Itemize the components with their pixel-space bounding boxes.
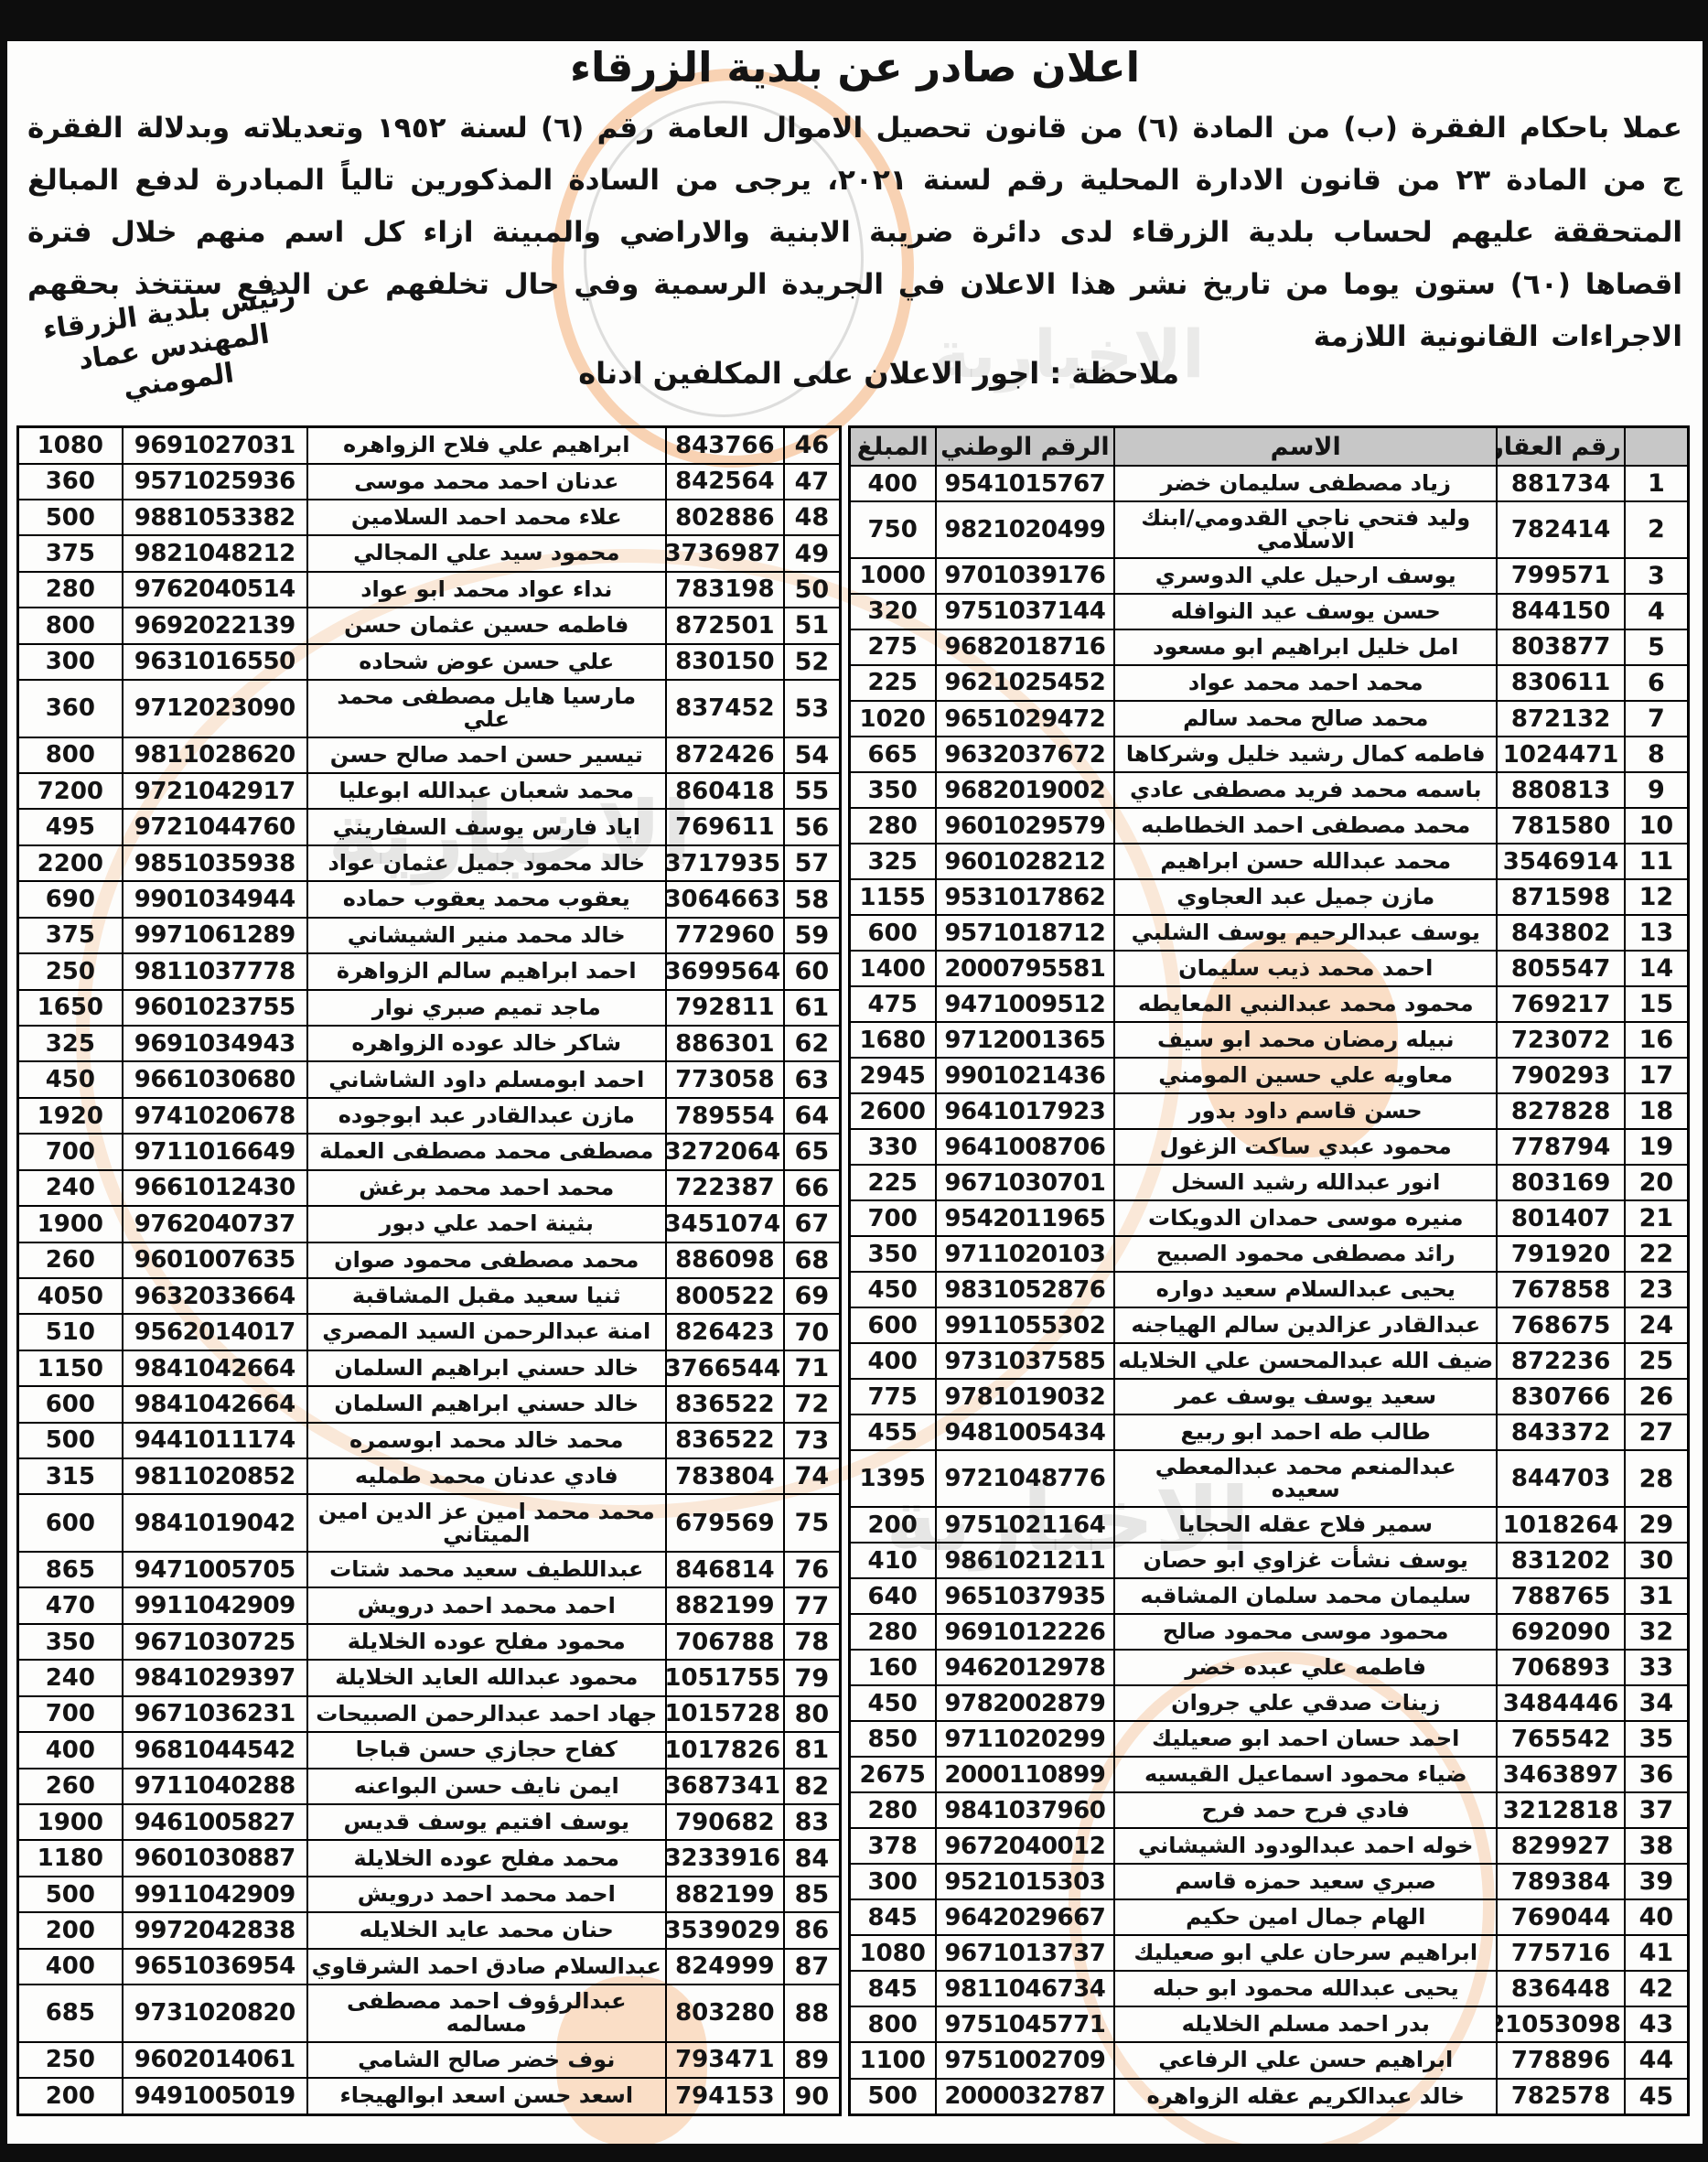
cell-national-number: 9782002879 <box>936 1685 1114 1721</box>
cell-amount: 600 <box>18 1494 123 1552</box>
header-national-number: الرقم الوطني <box>936 427 1114 467</box>
cell-name: نبيله رمضان محمد ابو سيف <box>1114 1022 1497 1058</box>
cell-name: يوسف نشأت غزاوي ابو حصان <box>1114 1543 1497 1578</box>
cell-amount: 1080 <box>18 427 123 464</box>
cell-name: محمد احمد محمد عواد <box>1114 665 1497 701</box>
cell-name: عدنان احمد محمد موسى <box>307 464 666 500</box>
cell-national-number: 9731037585 <box>936 1343 1114 1379</box>
cell-row-number: 2 <box>1625 501 1689 558</box>
cell-amount: 325 <box>18 1026 123 1061</box>
cell-amount: 455 <box>849 1414 936 1450</box>
cell-amount: 400 <box>849 466 936 501</box>
table-row: 46843766ابراهيم علي فلاح الزواهره9691027… <box>18 427 841 464</box>
cell-national-number: 9651036954 <box>123 1949 307 1985</box>
table-row: 843233916محمد مفلح عوده الخلايلة96010308… <box>18 1840 841 1876</box>
cell-name: محمد محمد امين عز الدين امين الميتاني <box>307 1494 666 1552</box>
cell-national-number: 9651037935 <box>936 1578 1114 1614</box>
cell-property-number: 21053098 <box>1497 2006 1624 2042</box>
cell-property-number: 775716 <box>1497 1935 1624 1971</box>
cell-row-number: 18 <box>1625 1093 1689 1129</box>
cell-name: يحيى عبدالسلام سعيد دواره <box>1114 1272 1497 1307</box>
cell-row-number: 28 <box>1625 1450 1689 1507</box>
cell-amount: 470 <box>18 1587 123 1623</box>
cell-property-number: 3766544 <box>666 1350 784 1386</box>
cell-national-number: 9661030680 <box>123 1061 307 1097</box>
cell-amount: 250 <box>18 953 123 989</box>
table-row: 68886098محمد مصطفى محمود صوان96010076352… <box>18 1242 841 1278</box>
table-row: 28844703عبدالمنعم محمد عبدالمعطي سعيده97… <box>849 1450 1688 1507</box>
cell-property-number: 844703 <box>1497 1450 1624 1507</box>
header-name: الاسم <box>1114 427 1497 467</box>
cell-national-number: 9651029472 <box>936 701 1114 737</box>
cell-amount: 200 <box>18 1912 123 1948</box>
cell-name: محمد صالح محمد سالم <box>1114 701 1497 737</box>
cell-national-number: 9911042909 <box>123 1877 307 1912</box>
table-row: 291018264سمير فلاح عقله الحجايا975102116… <box>849 1507 1688 1543</box>
cell-property-number: 3717935 <box>666 845 784 881</box>
cell-name: يحيى عبدالله محمود ابو حبله <box>1114 1971 1497 2006</box>
cell-national-number: 9691027031 <box>123 427 307 464</box>
cell-row-number: 78 <box>784 1624 840 1660</box>
cell-row-number: 85 <box>784 1877 840 1912</box>
cell-row-number: 19 <box>1625 1129 1689 1165</box>
cell-row-number: 80 <box>784 1696 840 1732</box>
cell-row-number: 65 <box>784 1134 840 1169</box>
cell-national-number: 9701039176 <box>936 558 1114 594</box>
cell-amount: 375 <box>18 918 123 953</box>
cell-amount: 450 <box>18 1061 123 1097</box>
cell-property-number: 723072 <box>1497 1022 1624 1058</box>
cell-name: اياد فارس يوسف السفاريني <box>307 809 666 844</box>
cell-amount: 600 <box>849 915 936 951</box>
cell-property-number: 794153 <box>666 2078 784 2114</box>
cell-national-number: 9721044760 <box>123 809 307 844</box>
cell-row-number: 60 <box>784 953 840 989</box>
cell-row-number: 5 <box>1625 629 1689 665</box>
cell-amount: 1080 <box>849 1935 936 1971</box>
table-row: 64789554مازن عبدالقادر عبد ابوجوده974102… <box>18 1098 841 1134</box>
cell-name: ماجد تميم صبري نوار <box>307 990 666 1026</box>
header-amount: المبلغ <box>849 427 936 467</box>
cell-property-number: 790682 <box>666 1804 784 1840</box>
cell-property-number: 3272064 <box>666 1134 784 1169</box>
cell-name: ابراهيم سرحان علي ابو صعيليك <box>1114 1935 1497 1971</box>
cell-amount: 1900 <box>18 1206 123 1242</box>
cell-row-number: 41 <box>1625 1935 1689 1971</box>
cell-name: علي حسن عوض شحاده <box>307 644 666 680</box>
cell-row-number: 6 <box>1625 665 1689 701</box>
cell-national-number: 9601028212 <box>936 844 1114 879</box>
cell-row-number: 34 <box>1625 1685 1689 1721</box>
cell-name: صبري سعيد حمزه قاسم <box>1114 1864 1497 1899</box>
cell-national-number: 9471005705 <box>123 1552 307 1587</box>
cell-row-number: 15 <box>1625 986 1689 1022</box>
table-row: 4321053098بدر احمد مسلم الخلايله97510457… <box>849 2006 1688 2042</box>
table-row: 26830766سعيد يوسف يوسف عمر9781019032775 <box>849 1379 1688 1414</box>
table-row: 19778794محمود عبدي ساكت الزغول9641008706… <box>849 1129 1688 1165</box>
cell-amount: 2600 <box>849 1093 936 1129</box>
table-row: 18827828حسن قاسم داود بدور96410179232600 <box>849 1093 1688 1129</box>
table-row: 7872132محمد صالح محمد سالم96510294721020 <box>849 701 1688 737</box>
cell-property-number: 793471 <box>666 2042 784 2078</box>
cell-property-number: 830150 <box>666 644 784 680</box>
cell-national-number: 9462012978 <box>936 1650 1114 1685</box>
cell-property-number: 826423 <box>666 1314 784 1350</box>
cell-name: انور عبدالله رشيد السخل <box>1114 1165 1497 1200</box>
cell-name: محمود مفلح عوده الخلايلة <box>307 1624 666 1660</box>
cell-property-number: 843766 <box>666 427 784 464</box>
cell-row-number: 47 <box>784 464 840 500</box>
cell-row-number: 64 <box>784 1098 840 1134</box>
cell-row-number: 42 <box>1625 1971 1689 2006</box>
cell-property-number: 872426 <box>666 737 784 773</box>
cell-national-number: 9841029397 <box>123 1660 307 1695</box>
cell-amount: 2675 <box>849 1757 936 1792</box>
cell-row-number: 87 <box>784 1949 840 1985</box>
cell-national-number: 9441011174 <box>123 1423 307 1458</box>
cell-name: شاكر خالد عوده الزواهره <box>307 1026 666 1061</box>
cell-row-number: 10 <box>1625 808 1689 844</box>
cell-row-number: 70 <box>784 1314 840 1350</box>
cell-property-number: 783804 <box>666 1458 784 1494</box>
cell-row-number: 9 <box>1625 772 1689 808</box>
cell-property-number: 788765 <box>1497 1578 1624 1614</box>
cell-national-number: 9751002709 <box>936 2042 1114 2078</box>
cell-property-number: 3546914 <box>1497 844 1624 879</box>
cell-row-number: 69 <box>784 1278 840 1314</box>
cell-row-number: 33 <box>1625 1650 1689 1685</box>
cell-amount: 260 <box>18 1769 123 1804</box>
cell-national-number: 9682018716 <box>936 629 1114 665</box>
cell-national-number: 9781019032 <box>936 1379 1114 1414</box>
cell-property-number: 768675 <box>1497 1307 1624 1343</box>
cell-national-number: 9811037778 <box>123 953 307 989</box>
cell-property-number: 3687341 <box>666 1769 784 1804</box>
cell-name: علاء محمد احمد السلامين <box>307 500 666 535</box>
cell-national-number: 9641017923 <box>936 1093 1114 1129</box>
cell-name: محمد شعبان عبدالله ابوعليا <box>307 773 666 809</box>
cell-row-number: 22 <box>1625 1236 1689 1272</box>
cell-national-number: 9711040288 <box>123 1769 307 1804</box>
cell-property-number: 3233916 <box>666 1840 784 1876</box>
cell-national-number: 2000110899 <box>936 1757 1114 1792</box>
cell-national-number: 9711020299 <box>936 1721 1114 1757</box>
cell-amount: 1920 <box>18 1098 123 1134</box>
cell-amount: 200 <box>849 1507 936 1543</box>
cell-row-number: 52 <box>784 644 840 680</box>
page-title: اعلان صادر عن بلدية الزرقاء <box>7 43 1703 91</box>
table-row: 17790293معاويه علي حسين المومني990102143… <box>849 1058 1688 1093</box>
cell-property-number: 872501 <box>666 608 784 643</box>
cell-national-number: 9901034944 <box>123 881 307 917</box>
cell-amount: 280 <box>849 1614 936 1650</box>
table-row: 9880813باسمه محمد فريد مصطفى عادي9682019… <box>849 772 1688 808</box>
cell-amount: 1900 <box>18 1804 123 1840</box>
table-row: 25872236ضيف الله عبدالمحسن علي الخلايله9… <box>849 1343 1688 1379</box>
cell-name: عبدالمنعم محمد عبدالمعطي سعيده <box>1114 1450 1497 1507</box>
table-row: 40769044الهام جمال امين حكيم964202966784… <box>849 1899 1688 1935</box>
cell-name: زياد مصطفى سليمان خضر <box>1114 466 1497 501</box>
cell-amount: 500 <box>18 1877 123 1912</box>
cell-row-number: 23 <box>1625 1272 1689 1307</box>
cell-property-number: 803877 <box>1497 629 1624 665</box>
cell-national-number: 9741020678 <box>123 1098 307 1134</box>
cell-name: امنة عبدالرحمن السيد المصري <box>307 1314 666 1350</box>
note-line: ملاحظة : اجور الاعلان على المكلفين ادناه <box>578 356 1179 391</box>
cell-property-number: 782414 <box>1497 501 1624 558</box>
cell-amount: 495 <box>18 809 123 844</box>
table-row: 73836522محمد خالد محمد ابوسمره9441011174… <box>18 1423 841 1458</box>
cell-amount: 1400 <box>849 951 936 986</box>
table-row: 76846814عبداللطيف سعيد محمد شتات94710057… <box>18 1552 841 1587</box>
cell-name: محمد خالد محمد ابوسمره <box>307 1423 666 1458</box>
cell-national-number: 9711020103 <box>936 1236 1114 1272</box>
cell-property-number: 767858 <box>1497 1272 1624 1307</box>
cell-row-number: 59 <box>784 918 840 953</box>
cell-national-number: 9972042838 <box>123 1912 307 1948</box>
cell-property-number: 769611 <box>666 809 784 844</box>
cell-national-number: 9571018712 <box>936 915 1114 951</box>
cell-property-number: 830766 <box>1497 1379 1624 1414</box>
cell-property-number: 886301 <box>666 1026 784 1061</box>
cell-name: محمد احمد محمد برغش <box>307 1170 666 1206</box>
table-row: 7921051755محمود عبدالله العايد الخلايلة9… <box>18 1660 841 1695</box>
cell-property-number: 706788 <box>666 1624 784 1660</box>
cell-amount: 350 <box>18 1624 123 1660</box>
table-row: 14805547احمد محمد ذيب سليمان200079558114… <box>849 951 1688 986</box>
cell-name: بدر احمد مسلم الخلايله <box>1114 2006 1497 2042</box>
cell-amount: 450 <box>849 1685 936 1721</box>
cell-row-number: 45 <box>1625 2079 1689 2115</box>
cell-national-number: 9481005434 <box>936 1414 1114 1450</box>
cell-national-number: 9811046734 <box>936 1971 1114 2006</box>
table-row: 48802886علاء محمد احمد السلامين988105338… <box>18 500 841 535</box>
table-row: 42836448يحيى عبدالله محمود ابو حبله98110… <box>849 1971 1688 2006</box>
table-row: 823687341ايمن نايف حسن البواعنه971104028… <box>18 1769 841 1804</box>
cell-property-number: 886098 <box>666 1242 784 1278</box>
cell-property-number: 781580 <box>1497 808 1624 844</box>
cell-national-number: 9601029579 <box>936 808 1114 844</box>
cell-name: احمد حسان احمد ابو صعيليك <box>1114 1721 1497 1757</box>
cell-row-number: 32 <box>1625 1614 1689 1650</box>
cell-name: فادي عدنان محمد طمليه <box>307 1458 666 1494</box>
header-row-number <box>1625 427 1689 467</box>
cell-name: عبدالقادر عزالدين سالم الهياجنه <box>1114 1307 1497 1343</box>
cell-national-number: 9821048212 <box>123 535 307 571</box>
cell-row-number: 89 <box>784 2042 840 2078</box>
table-row: 87824999عبدالسلام صادق احمد الشرقاوي9651… <box>18 1949 841 1985</box>
cell-national-number: 9632037672 <box>936 737 1114 772</box>
table-row: 45782578خالد عبدالكريم عقله الزواهره2000… <box>849 2079 1688 2115</box>
table-row: 363463897ضياء محمود اسماعيل القيسيه20001… <box>849 1757 1688 1792</box>
cell-amount: 378 <box>849 1828 936 1864</box>
cell-amount: 500 <box>18 500 123 535</box>
cell-amount: 250 <box>18 2042 123 2078</box>
cell-national-number: 9661012430 <box>123 1170 307 1206</box>
cell-name: ضياء محمود اسماعيل القيسيه <box>1114 1757 1497 1792</box>
table-row: 24768675عبدالقادر عزالدين سالم الهياجنه9… <box>849 1307 1688 1343</box>
cell-property-number: 1015728 <box>666 1696 784 1732</box>
cell-name: اسعد حسن اسعد ابوالهيجاء <box>307 2078 666 2114</box>
cell-name: امل خليل ابراهيم ابو مسعود <box>1114 629 1497 665</box>
cell-property-number: 880813 <box>1497 772 1624 808</box>
cell-row-number: 24 <box>1625 1307 1689 1343</box>
cell-row-number: 1 <box>1625 466 1689 501</box>
cell-amount: 690 <box>18 881 123 917</box>
cell-national-number: 9621025452 <box>936 665 1114 701</box>
cell-property-number: 3539029 <box>666 1912 784 1948</box>
cell-name: مازن عبدالقادر عبد ابوجوده <box>307 1098 666 1134</box>
table-row: 21801407منيره موسى حمدان الدويكات9542011… <box>849 1200 1688 1236</box>
cell-name: محمد مصطفى محمود صوان <box>307 1242 666 1278</box>
cell-amount: 800 <box>18 737 123 773</box>
cell-property-number: 706893 <box>1497 1650 1624 1685</box>
cell-property-number: 803169 <box>1497 1165 1624 1200</box>
cell-national-number: 9821020499 <box>936 501 1114 558</box>
cell-name: خالد محمد منير الشيشاني <box>307 918 666 953</box>
cell-property-number: 3699564 <box>666 953 784 989</box>
cell-name: زينات صدقي علي جروان <box>1114 1685 1497 1721</box>
table-row: 77882199احمد محمد احمد درويش991104290947… <box>18 1587 841 1623</box>
cell-amount: 700 <box>18 1134 123 1169</box>
cell-row-number: 21 <box>1625 1200 1689 1236</box>
cell-row-number: 55 <box>784 773 840 809</box>
cell-national-number: 9911042909 <box>123 1587 307 1623</box>
cell-name: طالب طه احمد ابو ربيع <box>1114 1414 1497 1450</box>
cell-name: ابراهيم علي فلاح الزواهره <box>307 427 666 464</box>
cell-name: ايمن نايف حسن البواعنه <box>307 1769 666 1804</box>
cell-name: نوف خضر صالح الشامي <box>307 2042 666 2078</box>
cell-name: حسن قاسم داود بدور <box>1114 1093 1497 1129</box>
cell-amount: 240 <box>18 1660 123 1695</box>
cell-national-number: 9471009512 <box>936 986 1114 1022</box>
cell-name: خالد عبدالكريم عقله الزواهره <box>1114 2079 1497 2115</box>
cell-amount: 665 <box>849 737 936 772</box>
cell-row-number: 50 <box>784 572 840 608</box>
cell-name: وليد فتحي ناجي القدومي/ابنك الاسلامي <box>1114 501 1497 558</box>
cell-amount: 1020 <box>849 701 936 737</box>
cell-national-number: 9762040737 <box>123 1206 307 1242</box>
cell-property-number: 837452 <box>666 680 784 737</box>
cell-amount: 320 <box>849 594 936 629</box>
cell-amount: 330 <box>849 1129 936 1165</box>
cell-amount: 7200 <box>18 773 123 809</box>
cell-national-number: 9541015767 <box>936 466 1114 501</box>
table-row: 5803877امل خليل ابراهيم ابو مسعود9682018… <box>849 629 1688 665</box>
cell-amount: 800 <box>849 2006 936 2042</box>
cell-row-number: 88 <box>784 1985 840 2042</box>
cell-national-number: 9811020852 <box>123 1458 307 1494</box>
cell-row-number: 39 <box>1625 1864 1689 1899</box>
cell-national-number: 9491005019 <box>123 2078 307 2114</box>
table-row: 66722387محمد احمد محمد برغش9661012430240 <box>18 1170 841 1206</box>
table-row: 31788765سليمان محمد سلمان المشاقبه965103… <box>849 1578 1688 1614</box>
cell-national-number: 9601030887 <box>123 1840 307 1876</box>
cell-property-number: 1017826 <box>666 1732 784 1768</box>
cell-row-number: 14 <box>1625 951 1689 986</box>
cell-property-number: 1024471 <box>1497 737 1624 772</box>
cell-property-number: 773058 <box>666 1061 784 1097</box>
cell-row-number: 53 <box>784 680 840 737</box>
cell-amount: 600 <box>18 1386 123 1422</box>
cell-national-number: 9721042917 <box>123 773 307 809</box>
table-row: 74783804فادي عدنان محمد طمليه98110208523… <box>18 1458 841 1494</box>
cell-name: سعيد يوسف يوسف عمر <box>1114 1379 1497 1414</box>
cell-amount: 1100 <box>849 2042 936 2078</box>
cell-amount: 350 <box>849 772 936 808</box>
table-row: 90794153اسعد حسن اسعد ابوالهيجاء94910050… <box>18 2078 841 2114</box>
table-row: 4844150حسن يوسف عيد النوافله975103714432… <box>849 594 1688 629</box>
cell-amount: 500 <box>18 1423 123 1458</box>
newspaper-page: الاخبارية الاخبارية الاخبارية اعلان صادر… <box>7 41 1703 2144</box>
cell-amount: 1000 <box>849 558 936 594</box>
cell-national-number: 9641008706 <box>936 1129 1114 1165</box>
table-row: 41775716ابراهيم سرحان علي ابو صعيليك9671… <box>849 1935 1688 1971</box>
cell-amount: 750 <box>849 501 936 558</box>
cell-amount: 325 <box>849 844 936 879</box>
cell-property-number: 830611 <box>1497 665 1624 701</box>
cell-row-number: 36 <box>1625 1757 1689 1792</box>
header-row: رقم العقار الاسم الرقم الوطني المبلغ <box>849 427 1688 467</box>
table-row: 343484446زينات صدقي علي جروان97820028794… <box>849 1685 1688 1721</box>
cell-national-number: 9531017862 <box>936 879 1114 915</box>
cell-row-number: 12 <box>1625 879 1689 915</box>
table-row: 50783198نداء عواد محمد ابو عواد976204051… <box>18 572 841 608</box>
table-row: 10781580محمد مصطفى احمد الخطاطبه96010295… <box>849 808 1688 844</box>
table-row: 75679569محمد محمد امين عز الدين امين الم… <box>18 1494 841 1552</box>
cell-row-number: 8 <box>1625 737 1689 772</box>
cell-row-number: 77 <box>784 1587 840 1623</box>
table-row: 52830150علي حسن عوض شحاده9631016550300 <box>18 644 841 680</box>
cell-amount: 1180 <box>18 1840 123 1876</box>
cell-national-number: 9562014017 <box>123 1314 307 1350</box>
cell-national-number: 9671030701 <box>936 1165 1114 1200</box>
cell-amount: 300 <box>849 1864 936 1899</box>
cell-amount: 4050 <box>18 1278 123 1314</box>
cell-amount: 1650 <box>18 990 123 1026</box>
table-row: 38829927خوله احمد عبدالودود الشيشاني9672… <box>849 1828 1688 1864</box>
cell-row-number: 57 <box>784 845 840 881</box>
cell-name: فادي فرح حمد فرح <box>1114 1792 1497 1828</box>
cell-property-number: 881734 <box>1497 466 1624 501</box>
cell-national-number: 9841019042 <box>123 1494 307 1552</box>
cell-name: محمود موسى محمود صالح <box>1114 1614 1497 1650</box>
cell-name: ثنيا سعيد مقبل المشاقبة <box>307 1278 666 1314</box>
cell-row-number: 90 <box>784 2078 840 2114</box>
cell-row-number: 71 <box>784 1350 840 1386</box>
cell-property-number: 765542 <box>1497 1721 1624 1757</box>
table-row: 61792811ماجد تميم صبري نوار9601023755165… <box>18 990 841 1026</box>
cell-national-number: 9731020820 <box>123 1985 307 2042</box>
cell-row-number: 82 <box>784 1769 840 1804</box>
cell-amount: 685 <box>18 1985 123 2042</box>
table-row: 72836522خالد حسني ابراهيم السلمان9841042… <box>18 1386 841 1422</box>
cell-national-number: 9642029667 <box>936 1899 1114 1935</box>
header-property-number: رقم العقار <box>1497 427 1624 467</box>
cell-name: ابراهيم حسن علي الرفاعي <box>1114 2042 1497 2078</box>
cell-amount: 200 <box>18 2078 123 2114</box>
cell-national-number: 9681044542 <box>123 1732 307 1768</box>
cell-row-number: 73 <box>784 1423 840 1458</box>
cell-name: عبدالسلام صادق احمد الشرقاوي <box>307 1949 666 1985</box>
table-row: 3799571يوسف ارحيل علي الدوسري97010391761… <box>849 558 1688 594</box>
cell-row-number: 83 <box>784 1804 840 1840</box>
table-row: 23767858يحيى عبدالسلام سعيد دواره9831052… <box>849 1272 1688 1307</box>
table-row: 16723072نبيله رمضان محمد ابو سيف97120013… <box>849 1022 1688 1058</box>
cell-property-number: 769044 <box>1497 1899 1624 1935</box>
cell-property-number: 790293 <box>1497 1058 1624 1093</box>
table-row: 493736987محمود سيد علي المجالي9821048212… <box>18 535 841 571</box>
